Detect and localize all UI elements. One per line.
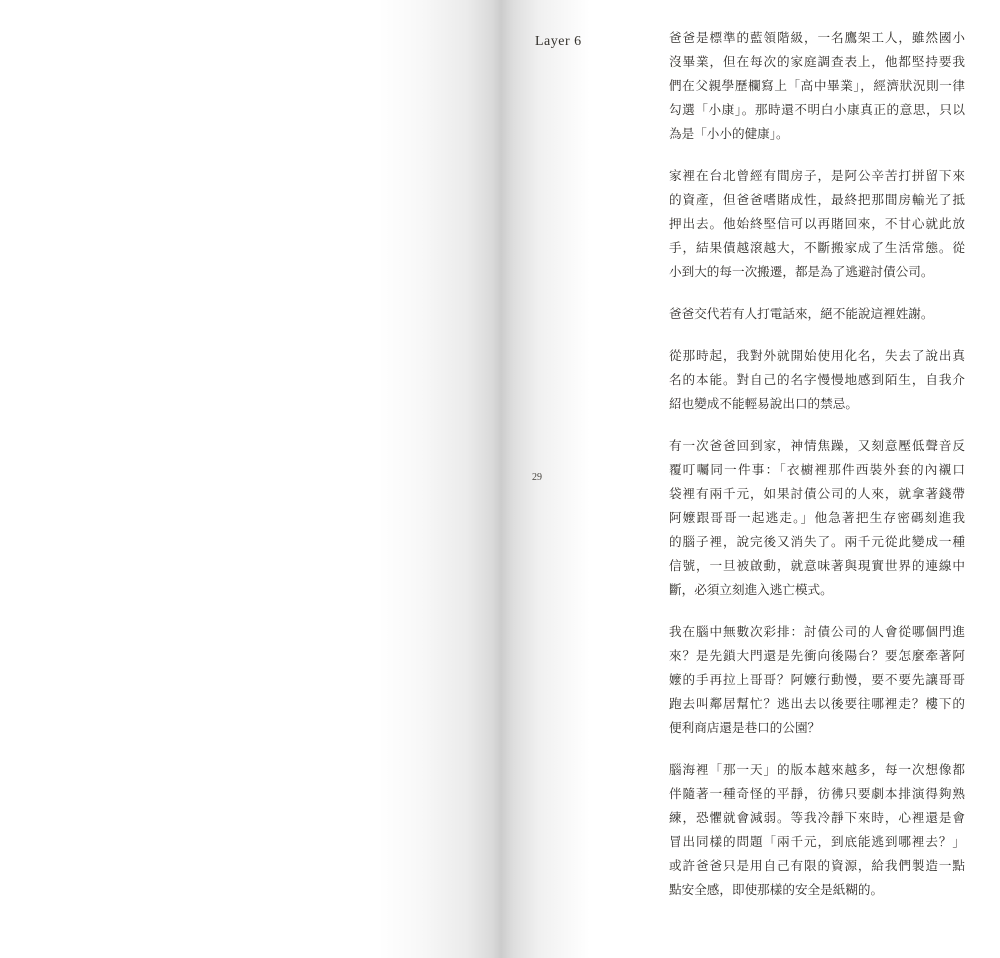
text-line: 伴隨著一種奇怪的平靜，彷彿只要劇本排演得夠熟 xyxy=(669,782,965,806)
paragraph: 腦海裡「那一天」的版本越來越多，每一次想像都伴隨著一種奇怪的平靜，彷彿只要劇本排… xyxy=(669,758,965,902)
text-line: 的資產，但爸爸嗜賭成性，最終把那間房輸光了抵 xyxy=(669,188,965,212)
paragraph: 爸爸交代若有人打電話來，絕不能說這裡姓謝。 xyxy=(669,302,965,326)
text-line: 紹也變成不能輕易說出口的禁忌。 xyxy=(669,392,965,416)
book-spread: Layer 6 29 爸爸是標準的藍領階級，一名鷹架工人，雖然國小沒畢業，但在每… xyxy=(0,0,1000,958)
text-line: 爸爸交代若有人打電話來，絕不能說這裡姓謝。 xyxy=(669,302,965,326)
text-line: 便利商店還是巷口的公園？ xyxy=(669,716,965,740)
text-line: 冒出同樣的問題「兩千元，到底能逃到哪裡去？」 xyxy=(669,830,965,854)
text-line: 從那時起，我對外就開始使用化名，失去了說出真 xyxy=(669,344,965,368)
text-line: 阿嬤跟哥哥一起逃走。」他急著把生存密碼刻進我 xyxy=(669,506,965,530)
text-line: 袋裡有兩千元，如果討債公司的人來，就拿著錢帶 xyxy=(669,482,965,506)
text-line: 為是「小小的健康」。 xyxy=(669,122,965,146)
text-line: 家裡在台北曾經有間房子，是阿公辛苦打拼留下來 xyxy=(669,164,965,188)
text-line: 跑去叫鄰居幫忙？逃出去以後要往哪裡走？樓下的 xyxy=(669,692,965,716)
body-text: 爸爸是標準的藍領階級，一名鷹架工人，雖然國小沒畢業，但在每次的家庭調查表上，他都… xyxy=(669,26,965,902)
text-line: 信號，一旦被啟動，就意味著與現實世界的連線中 xyxy=(669,554,965,578)
text-line: 有一次爸爸回到家，神情焦躁，又刻意壓低聲音反 xyxy=(669,434,965,458)
text-line: 來？是先鎖大門還是先衝向後陽台？要怎麼牽著阿 xyxy=(669,644,965,668)
text-line: 斷，必須立刻進入逃亡模式。 xyxy=(669,578,965,602)
text-line: 我在腦中無數次彩排：討債公司的人會從哪個門進 xyxy=(669,620,965,644)
paragraph: 我在腦中無數次彩排：討債公司的人會從哪個門進來？是先鎖大門還是先衝向後陽台？要怎… xyxy=(669,620,965,740)
text-line: 們在父親學歷欄寫上「高中畢業」，經濟狀況則一律 xyxy=(669,74,965,98)
text-line: 覆叮囑同一件事：「衣櫥裡那件西裝外套的內襯口 xyxy=(669,458,965,482)
text-line: 手，結果債越滾越大，不斷搬家成了生活常態。從 xyxy=(669,236,965,260)
text-line: 點安全感，即使那樣的安全是紙糊的。 xyxy=(669,878,965,902)
text-line: 嬤的手再拉上哥哥？阿嬤行動慢，要不要先讓哥哥 xyxy=(669,668,965,692)
left-page: Layer 6 29 xyxy=(0,0,590,958)
text-line: 名的本能。對自己的名字慢慢地感到陌生，自我介 xyxy=(669,368,965,392)
text-line: 小到大的每一次搬遷，都是為了逃避討債公司。 xyxy=(669,260,965,284)
right-page: 爸爸是標準的藍領階級，一名鷹架工人，雖然國小沒畢業，但在每次的家庭調查表上，他都… xyxy=(590,0,1000,958)
text-line: 或許爸爸只是用自己有限的資源，給我們製造一點 xyxy=(669,854,965,878)
paragraph: 家裡在台北曾經有間房子，是阿公辛苦打拼留下來的資產，但爸爸嗜賭成性，最終把那間房… xyxy=(669,164,965,284)
chapter-header: Layer 6 xyxy=(535,34,582,50)
text-line: 的腦子裡，說完後又消失了。兩千元從此變成一種 xyxy=(669,530,965,554)
text-line: 腦海裡「那一天」的版本越來越多，每一次想像都 xyxy=(669,758,965,782)
text-line: 練，恐懼就會減弱。等我冷靜下來時，心裡還是會 xyxy=(669,806,965,830)
text-line: 勾選「小康」。那時還不明白小康真正的意思，只以 xyxy=(669,98,965,122)
text-line: 爸爸是標準的藍領階級，一名鷹架工人，雖然國小 xyxy=(669,26,965,50)
paragraph: 有一次爸爸回到家，神情焦躁，又刻意壓低聲音反覆叮囑同一件事：「衣櫥裡那件西裝外套… xyxy=(669,434,965,602)
paragraph: 從那時起，我對外就開始使用化名，失去了說出真名的本能。對自己的名字慢慢地感到陌生… xyxy=(669,344,965,416)
text-line: 押出去。他始終堅信可以再賭回來，不甘心就此放 xyxy=(669,212,965,236)
paragraph: 爸爸是標準的藍領階級，一名鷹架工人，雖然國小沒畢業，但在每次的家庭調查表上，他都… xyxy=(669,26,965,146)
text-line: 沒畢業，但在每次的家庭調查表上，他都堅持要我 xyxy=(669,50,965,74)
page-number: 29 xyxy=(532,472,542,483)
